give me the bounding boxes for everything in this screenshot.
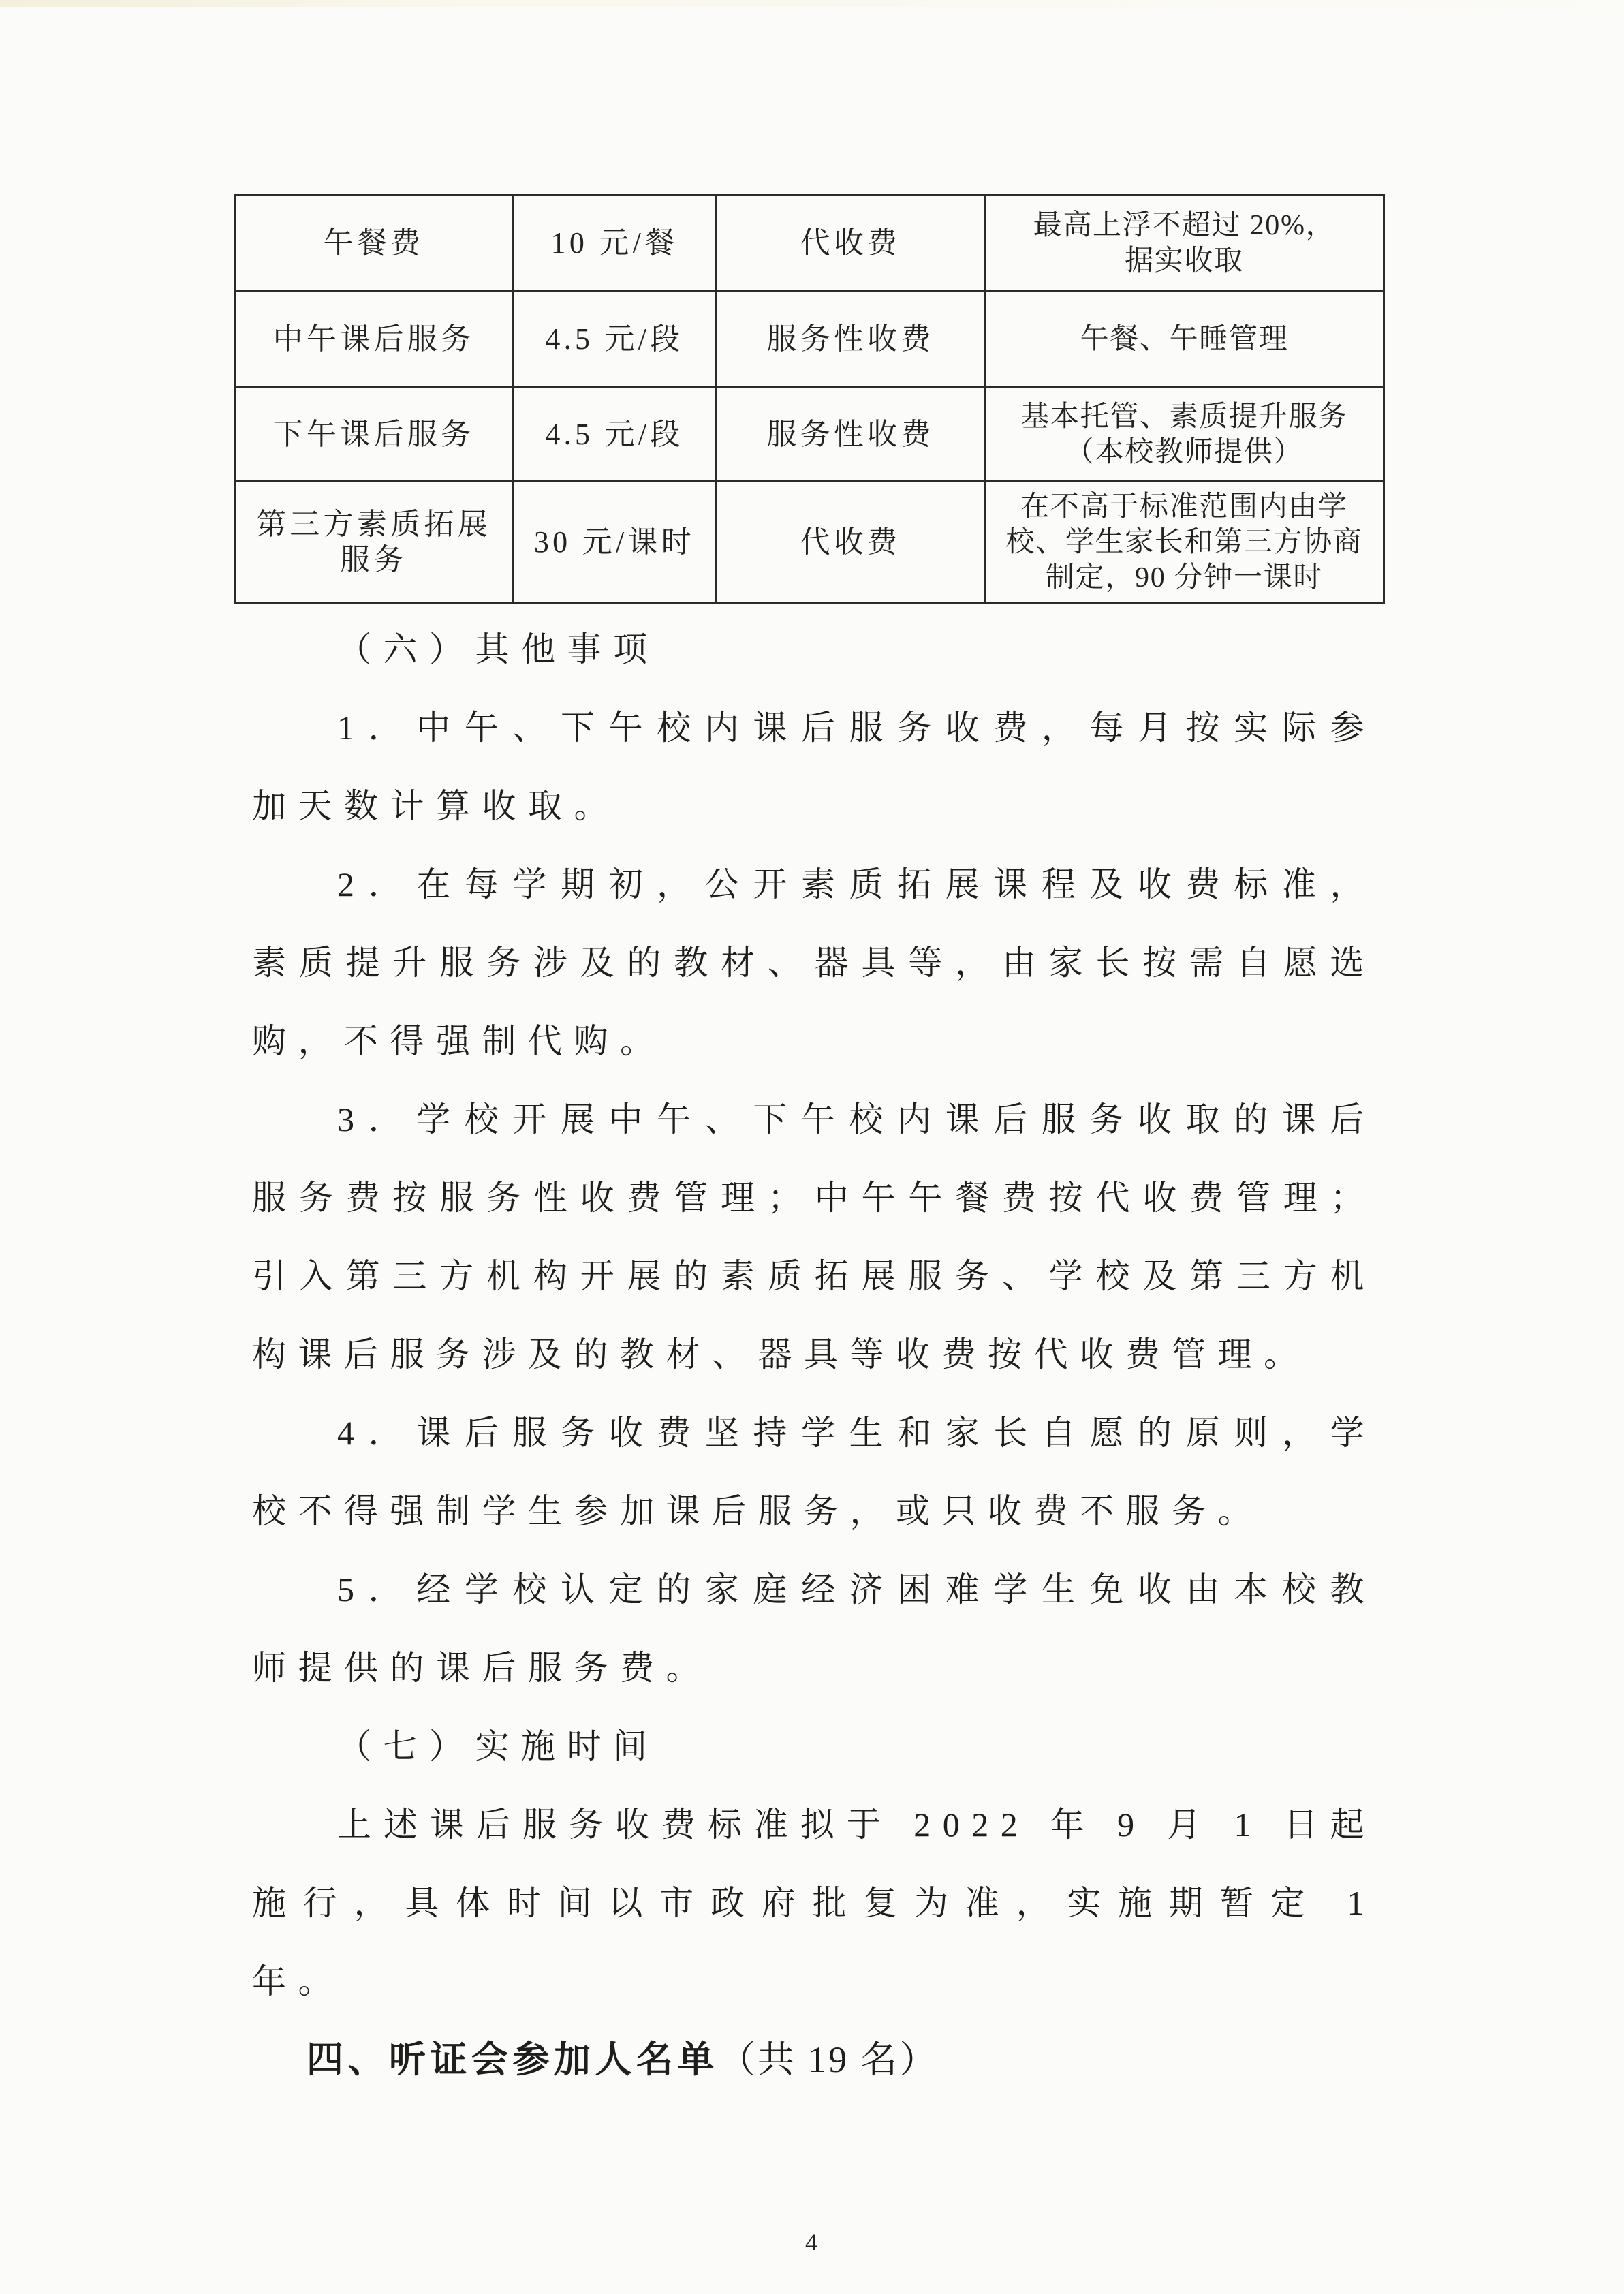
- section-heading-7: （七）实施时间: [252, 1707, 1376, 1786]
- cell-item-name: 第三方素质拓展 服务: [235, 482, 513, 603]
- cell-fee-type: 代收费: [717, 196, 985, 291]
- paragraph-implementation: 上述课后服务收费标准拟于 2022 年 9 月 1 日起施行，具体时间以市政府批…: [252, 1786, 1376, 2021]
- table-row: 午餐费 10 元/餐 代收费 最高上浮不超过 20%， 据实收取: [235, 196, 1384, 291]
- cell-price: 30 元/课时: [513, 482, 717, 603]
- heading-bold-text: 四、听证会参加人名单: [307, 2039, 719, 2080]
- fee-table: 午餐费 10 元/餐 代收费 最高上浮不超过 20%， 据实收取 中午课后服务 …: [234, 194, 1385, 604]
- cell-note: 在不高于标准范围内由学 校、学生家长和第三方协商 制定，90 分钟一课时: [985, 482, 1384, 603]
- cell-fee-type: 服务性收费: [717, 388, 985, 482]
- document-page: 午餐费 10 元/餐 代收费 最高上浮不超过 20%， 据实收取 中午课后服务 …: [0, 0, 1624, 2294]
- paragraph-1: 1．中午、下午校内课后服务收费，每月按实际参加天数计算收取。: [252, 689, 1376, 846]
- cell-item-name: 下午课后服务: [235, 388, 513, 482]
- paragraph-3: 3．学校开展中午、下午校内课后服务收取的课后服务费按服务性收费管理；中午午餐费按…: [252, 1081, 1376, 1394]
- table-row: 下午课后服务 4.5 元/段 服务性收费 基本托管、素质提升服务 （本校教师提供…: [235, 388, 1384, 482]
- heading-count-text: （共 19 名）: [719, 2039, 939, 2080]
- section-heading-6: （六）其他事项: [252, 610, 1376, 689]
- paragraph-4: 4．课后服务收费坚持学生和家长自愿的原则，学校不得强制学生参加课后服务，或只收费…: [252, 1394, 1376, 1551]
- cell-price: 4.5 元/段: [513, 388, 717, 482]
- cell-fee-type: 服务性收费: [717, 291, 985, 388]
- document-body: （六）其他事项 1．中午、下午校内课后服务收费，每月按实际参加天数计算收取。 2…: [252, 610, 1376, 2099]
- table-row: 中午课后服务 4.5 元/段 服务性收费 午餐、午睡管理: [235, 291, 1384, 388]
- page-number: 4: [0, 2229, 1624, 2256]
- fee-table-container: 午餐费 10 元/餐 代收费 最高上浮不超过 20%， 据实收取 中午课后服务 …: [234, 194, 1383, 604]
- cell-fee-type: 代收费: [717, 482, 985, 603]
- cell-note: 午餐、午睡管理: [985, 291, 1384, 388]
- cell-price: 10 元/餐: [513, 196, 717, 291]
- cell-note: 基本托管、素质提升服务 （本校教师提供）: [985, 388, 1384, 482]
- cell-item-name: 午餐费: [235, 196, 513, 291]
- paragraph-5: 5．经学校认定的家庭经济困难学生免收由本校教师提供的课后服务费。: [252, 1551, 1376, 1707]
- cell-item-name: 中午课后服务: [235, 291, 513, 388]
- table-row: 第三方素质拓展 服务 30 元/课时 代收费 在不高于标准范围内由学 校、学生家…: [235, 482, 1384, 603]
- scan-edge-artifact: [0, 0, 1624, 7]
- cell-price: 4.5 元/段: [513, 291, 717, 388]
- section-heading-4: 四、听证会参加人名单（共 19 名）: [252, 2021, 1376, 2099]
- paragraph-2: 2．在每学期初，公开素质拓展课程及收费标准，素质提升服务涉及的教材、器具等，由家…: [252, 846, 1376, 1081]
- cell-note: 最高上浮不超过 20%， 据实收取: [985, 196, 1384, 291]
